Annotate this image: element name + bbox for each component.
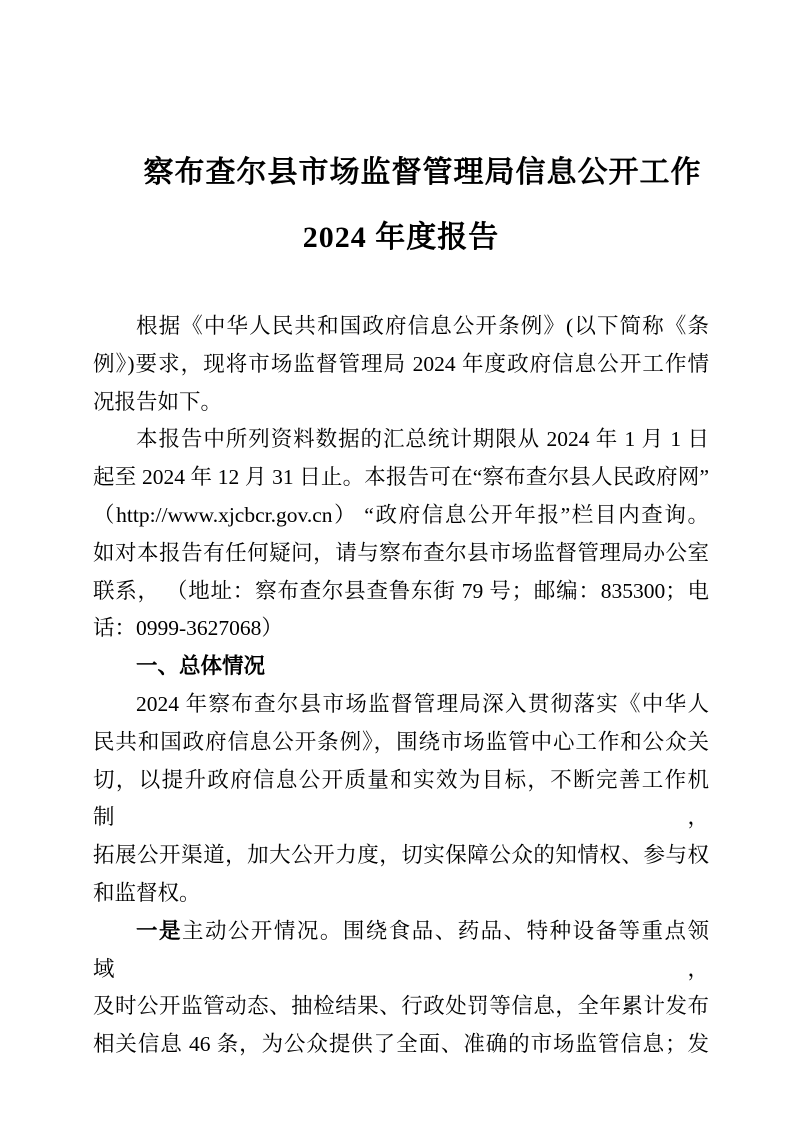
text-line: 相关信息 46 条，为公众提供了全面、准确的市场监管信息；发: [93, 1026, 709, 1064]
emphasis-text: 一、总体情况: [136, 654, 265, 678]
text-line: （http://www.xjcbcr.gov.cn） “政府信息公开年报”栏目内…: [93, 497, 709, 535]
text-run: （http://www.xjcbcr.gov.cn） “政府信息公开年报”栏目内…: [93, 503, 709, 527]
text-line: 民共和国政府信息公开条例》，围绕市场监管中心工作和公众关: [93, 724, 709, 762]
text-run: 拓展公开渠道，加大公开力度，切实保障公众的知情权、参与权: [93, 843, 709, 867]
text-run: 起至 2024 年 12 月 31 日止。本报告可在“察布查尔县人民政府网”: [93, 465, 709, 489]
text-run: 切，以提升政府信息公开质量和实效为目标，不断完善工作机制，: [93, 768, 709, 830]
document-body: 根据《中华人民共和国政府信息公开条例》(以下简称《条例》)要求，现将市场监督管理…: [93, 308, 709, 1064]
text-run: 2024 年察布查尔县市场监督管理局深入贯彻落实《中华人: [136, 692, 709, 716]
text-run: 主动公开情况。围绕食品、药品、特种设备等重点领域，: [93, 919, 709, 981]
text-run: 如对本报告有任何疑问，请与察布查尔县市场监督管理局办公室: [93, 541, 709, 565]
emphasis-text: 一是: [136, 919, 182, 943]
text-run: 联系， （地址：察布查尔县查鲁东街 79 号；邮编：835300；电: [93, 579, 709, 603]
section-heading: 一、总体情况: [93, 648, 709, 686]
text-run: 及时公开监管动态、抽检结果、行政处罚等信息，全年累计发布: [93, 994, 709, 1018]
text-line: 及时公开监管动态、抽检结果、行政处罚等信息，全年累计发布: [93, 988, 709, 1026]
text-line: 根据《中华人民共和国政府信息公开条例》(以下简称《条: [93, 308, 709, 346]
text-line: 话：0999-3627068）: [93, 610, 709, 648]
text-run: 民共和国政府信息公开条例》，围绕市场监管中心工作和公众关: [93, 730, 709, 754]
text-line: 2024 年察布查尔县市场监督管理局深入贯彻落实《中华人: [93, 686, 709, 724]
text-line: 和监督权。: [93, 875, 709, 913]
document-title: 察布查尔县市场监督管理局信息公开工作 2024 年度报告: [93, 140, 709, 270]
document-title-line-1: 察布查尔县市场监督管理局信息公开工作: [93, 140, 709, 205]
text-line: 例》)要求，现将市场监督管理局 2024 年度政府信息公开工作情: [93, 346, 709, 384]
text-run: 本报告中所列资料数据的汇总统计期限从 2024 年 1 月 1 日: [136, 427, 709, 451]
text-line: 如对本报告有任何疑问，请与察布查尔县市场监督管理局办公室: [93, 535, 709, 573]
text-line: 拓展公开渠道，加大公开力度，切实保障公众的知情权、参与权: [93, 837, 709, 875]
text-run: 和监督权。: [93, 881, 201, 905]
text-line: 本报告中所列资料数据的汇总统计期限从 2024 年 1 月 1 日: [93, 421, 709, 459]
text-run: 况报告如下。: [93, 390, 222, 414]
paragraph: 本报告中所列资料数据的汇总统计期限从 2024 年 1 月 1 日起至 2024…: [93, 421, 709, 648]
text-run: 相关信息 46 条，为公众提供了全面、准确的市场监管信息；发: [93, 1032, 709, 1056]
text-run: 话：0999-3627068）: [93, 616, 283, 640]
text-line: 一、总体情况: [93, 648, 709, 686]
text-line: 起至 2024 年 12 月 31 日止。本报告可在“察布查尔县人民政府网”: [93, 459, 709, 497]
text-line: 联系， （地址：察布查尔县查鲁东街 79 号；邮编：835300；电: [93, 573, 709, 611]
paragraph: 根据《中华人民共和国政府信息公开条例》(以下简称《条例》)要求，现将市场监督管理…: [93, 308, 709, 421]
text-line: 一是主动公开情况。围绕食品、药品、特种设备等重点领域，: [93, 913, 709, 989]
document-title-line-2: 2024 年度报告: [93, 205, 709, 270]
paragraph: 一是主动公开情况。围绕食品、药品、特种设备等重点领域，及时公开监管动态、抽检结果…: [93, 913, 709, 1064]
text-run: 根据《中华人民共和国政府信息公开条例》(以下简称《条: [136, 314, 709, 338]
text-line: 切，以提升政府信息公开质量和实效为目标，不断完善工作机制，: [93, 762, 709, 838]
text-line: 况报告如下。: [93, 384, 709, 422]
document-page: 察布查尔县市场监督管理局信息公开工作 2024 年度报告 根据《中华人民共和国政…: [0, 0, 793, 1122]
paragraph: 2024 年察布查尔县市场监督管理局深入贯彻落实《中华人民共和国政府信息公开条例…: [93, 686, 709, 913]
text-run: 例》)要求，现将市场监督管理局 2024 年度政府信息公开工作情: [93, 352, 709, 376]
